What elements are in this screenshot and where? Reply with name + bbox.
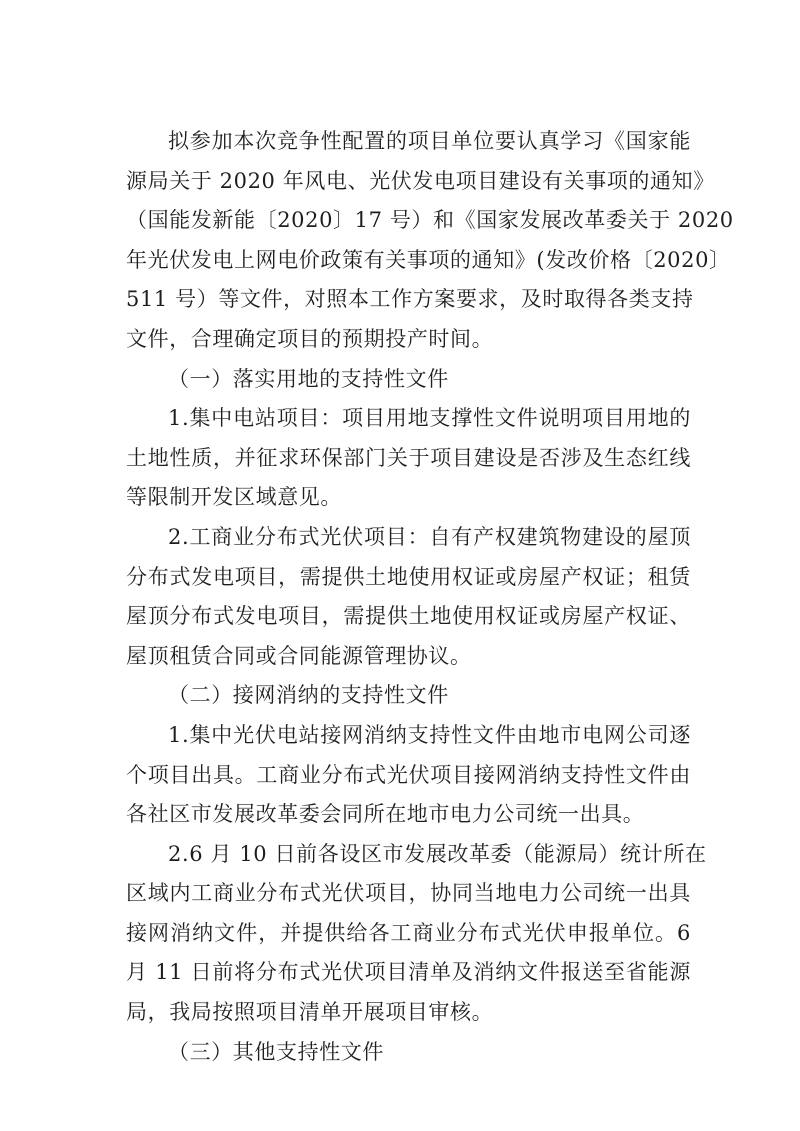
text-line: 月 11 日前将分布式光伏项目清单及消纳文件报送至省能源 (126, 953, 691, 993)
text-line: 511 号）等文件，对照本工作方案要求，及时取得各类支持 (126, 280, 691, 320)
text-line: 等限制开发区域意见。 (126, 478, 691, 518)
text-line: 拟参加本次竞争性配置的项目单位要认真学习《国家能 (126, 122, 691, 162)
text-line: 2.工商业分布式光伏项目：自有产权建筑物建设的屋顶 (126, 518, 691, 558)
paragraph-distributed-pv-land: 2.工商业分布式光伏项目：自有产权建筑物建设的屋顶 分布式发电项目，需提供土地使… (126, 518, 691, 676)
text-line: 接网消纳文件，并提供给各工商业分布式光伏申报单位。6 (126, 914, 691, 954)
paragraph-centralized-station-land: 1.集中电站项目：项目用地支撑性文件说明项目用地的 土地性质，并征求环保部门关于… (126, 399, 691, 518)
text-line: 各社区市发展改革委会同所在地市电力公司统一出具。 (126, 795, 691, 835)
section-heading-other-docs: （三）其他支持性文件 (126, 1033, 691, 1073)
text-line: 文件，合理确定项目的预期投产时间。 (126, 320, 691, 360)
text-line: 1.集中电站项目：项目用地支撑性文件说明项目用地的 (126, 399, 691, 439)
text-line: 分布式发电项目，需提供土地使用权证或房屋产权证；租赁 (126, 558, 691, 598)
paragraph-intro: 拟参加本次竞争性配置的项目单位要认真学习《国家能 源局关于 2020 年风电、光… (126, 122, 691, 360)
section-heading-land-use: （一）落实用地的支持性文件 (126, 360, 691, 400)
text-line: 局，我局按照项目清单开展项目审核。 (126, 993, 691, 1033)
text-line: 年光伏发电上网电价政策有关事项的通知》(发改价格〔2020〕 (126, 241, 691, 281)
text-line: 1.集中光伏电站接网消纳支持性文件由地市电网公司逐 (126, 716, 691, 756)
text-line: 屋顶分布式发电项目，需提供土地使用权证或房屋产权证、 (126, 597, 691, 637)
text-line: （国能发新能〔2020〕17 号）和《国家发展改革委关于 2020 (126, 201, 691, 241)
text-line: 土地性质，并征求环保部门关于项目建设是否涉及生态红线 (126, 439, 691, 479)
paragraph-centralized-grid: 1.集中光伏电站接网消纳支持性文件由地市电网公司逐 个项目出具。工商业分布式光伏… (126, 716, 691, 835)
text-line: 区域内工商业分布式光伏项目，协同当地电力公司统一出具 (126, 874, 691, 914)
paragraph-deadline-schedule: 2.6 月 10 日前各设区市发展改革委（能源局）统计所在 区域内工商业分布式光… (126, 835, 691, 1033)
text-line: 个项目出具。工商业分布式光伏项目接网消纳支持性文件由 (126, 756, 691, 796)
section-heading-grid-connection: （二）接网消纳的支持性文件 (126, 676, 691, 716)
text-line: 源局关于 2020 年风电、光伏发电项目建设有关事项的通知》 (126, 162, 691, 202)
text-line: 屋顶租赁合同或合同能源管理协议。 (126, 637, 691, 677)
document-page: 拟参加本次竞争性配置的项目单位要认真学习《国家能 源局关于 2020 年风电、光… (126, 122, 691, 1072)
text-line: 2.6 月 10 日前各设区市发展改革委（能源局）统计所在 (126, 835, 691, 875)
